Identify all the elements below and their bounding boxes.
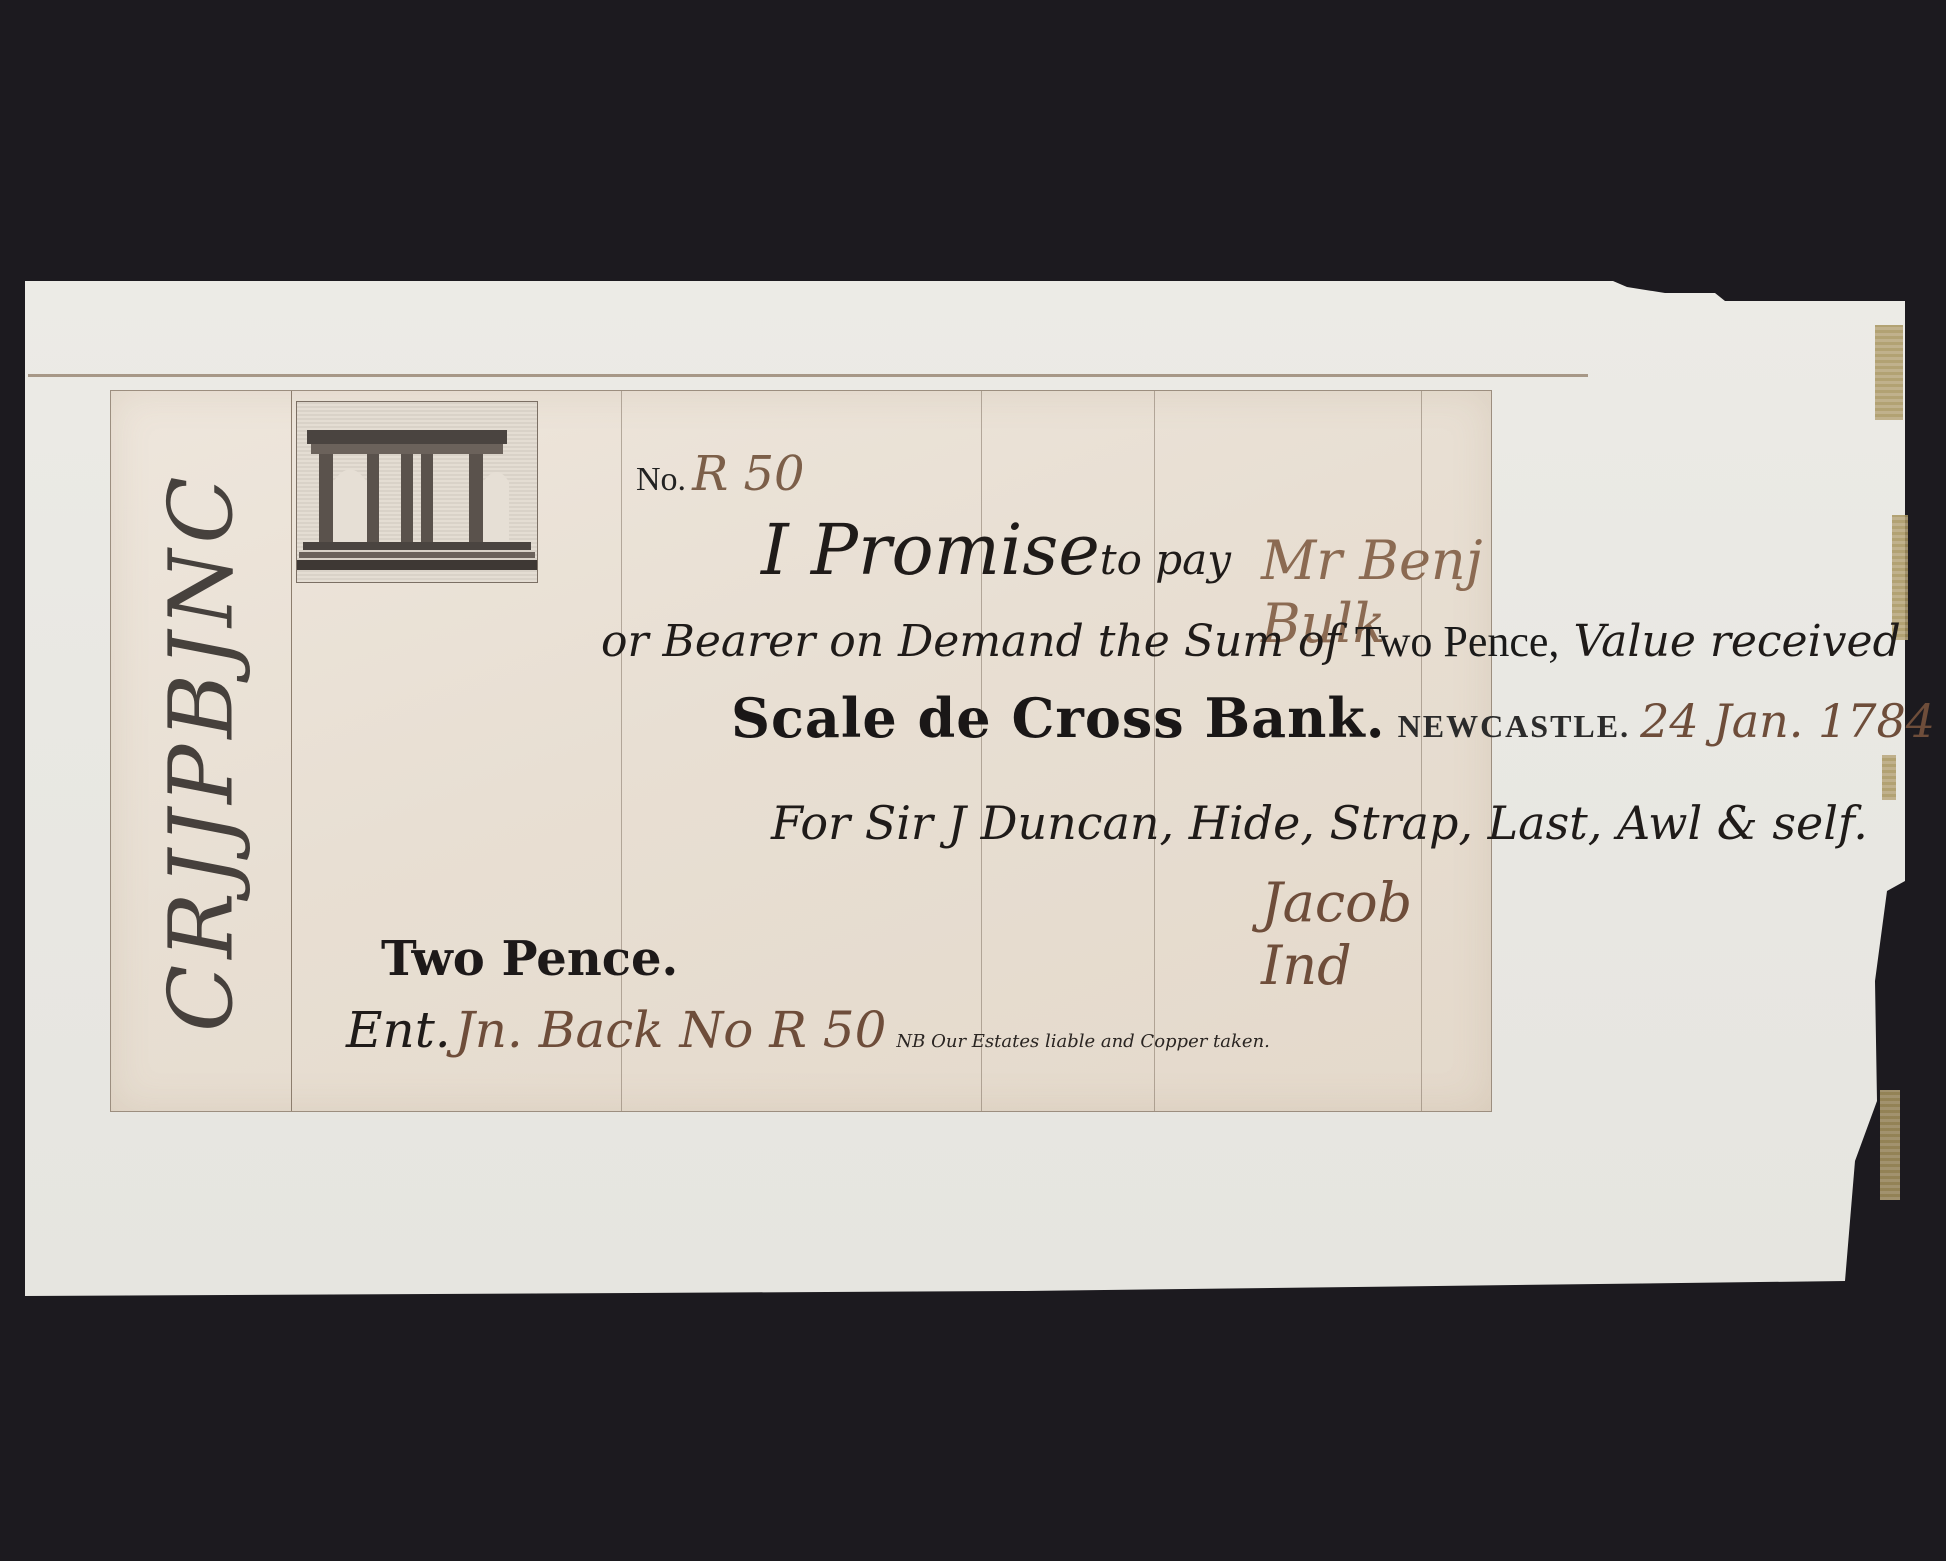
bank-name: Scale de Cross Bank. (731, 686, 1386, 750)
hinge-tape-bottom (1880, 1090, 1900, 1200)
town-name: NEWCASTLE. (1398, 708, 1631, 744)
serial-label: No. (636, 461, 686, 498)
bearer-line: or Bearer on Demand the Sum of Two Pence… (601, 616, 1901, 667)
promise-tail: to pay (1100, 535, 1231, 584)
for-text: For Sir J Duncan, Hide, Strap, Last, Awl… (771, 796, 1868, 850)
colonnade-vignette-icon (296, 401, 538, 583)
nb-notice: NB Our Estates liable and Copper taken. (896, 1031, 1270, 1052)
entry-line: Ent. Jn. Back No R 50 NB Our Estates lia… (346, 1001, 1270, 1059)
issue-date: 24 Jan. 1784 (1640, 694, 1935, 748)
serial-number: No.R 50 (636, 446, 805, 502)
for-line: For Sir J Duncan, Hide, Strap, Last, Awl… (771, 796, 1868, 850)
signature: Jacob Ind (1261, 871, 1491, 997)
value-received-text: Value received (1573, 616, 1900, 667)
amount-text: Two Pence, (1355, 617, 1560, 666)
mount-rule-line (28, 374, 1588, 377)
hinge-tape-top (1875, 325, 1903, 420)
serial-value: R 50 (692, 446, 804, 502)
stub-monogram: CRJJPBJNC (131, 431, 271, 1071)
bank-line: Scale de Cross Bank. NEWCASTLE. 24 Jan. … (731, 686, 1935, 750)
banknote: CRJJPBJNC No.R 50 I Promiseto pay Mr Ben… (110, 390, 1492, 1112)
fold-line (1421, 391, 1422, 1111)
entry-label: Ent. (346, 1001, 451, 1059)
promise-initial: I (761, 509, 789, 591)
counterfoil-stub: CRJJPBJNC (111, 391, 292, 1111)
entry-handwritten: Jn. Back No R 50 (455, 1001, 887, 1059)
bearer-text: or Bearer on Demand the Sum of (601, 616, 1341, 667)
promise-line: I Promiseto pay (761, 509, 1231, 591)
hinge-tape-lower (1882, 755, 1896, 800)
amount-blackletter: Two Pence. (381, 931, 678, 987)
promise-word: Promise (811, 509, 1100, 591)
